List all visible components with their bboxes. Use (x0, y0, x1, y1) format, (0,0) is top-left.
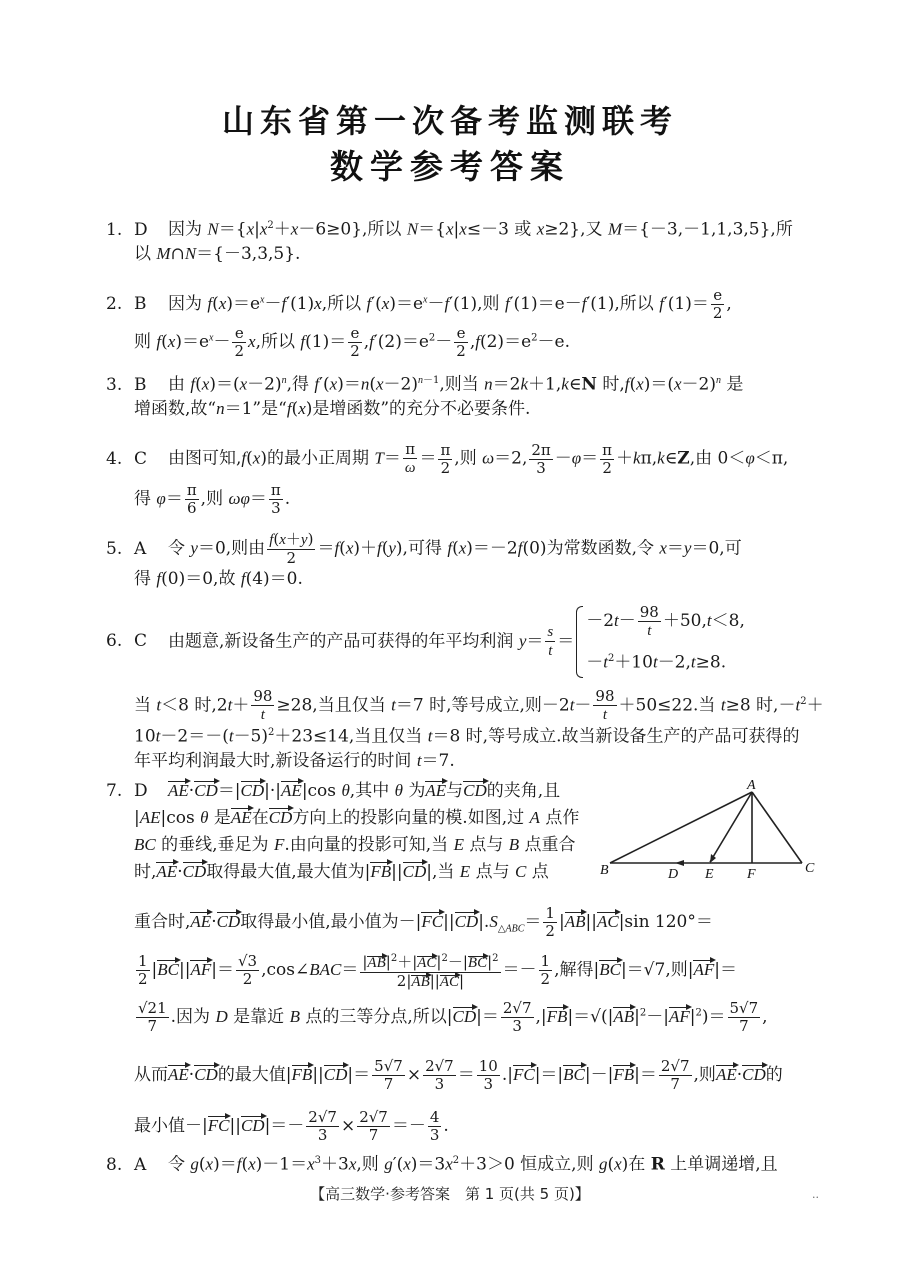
answer-7-line-1: 7.DAE·CD＝|CD|·|AE|cos θ,其中 θ 为AE与CD的夹角,且 (106, 780, 560, 802)
answer-2-line-2: 则 f(x)＝ex－e2x,所以 f(1)＝e2,f′(2)＝e2－e2,f(2… (134, 325, 570, 360)
answer-4-line-2: 得 φ＝π6,则 ωφ＝π3. (134, 482, 290, 517)
answer-choice: B (134, 374, 168, 396)
answer-7-line-5: 重合时,AE·CD取得最小值,最小值为－|FC||CD|.S△ABC＝12|AB… (134, 905, 713, 940)
answer-choice: A (134, 538, 168, 560)
answer-6-line-2: 当 t＜8 时,2t＋98t≥28,当且仅当 t＝7 时,等号成立,则－2t－9… (134, 688, 824, 724)
answer-7-line-4: 时,AE·CD取得最大值,最大值为|FB||CD|,当 E 点与 C 点 (134, 861, 549, 883)
document-subtitle: 数学参考答案 (0, 141, 900, 188)
question-number: 6. (106, 630, 134, 652)
triangle-figure: A B C D E F (600, 778, 825, 880)
question-number: 5. (106, 538, 134, 560)
question-number: 1. (106, 219, 134, 241)
arrowhead-e-icon (710, 854, 716, 863)
question-number: 2. (106, 293, 134, 315)
label-d: D (667, 867, 678, 880)
answer-choice: B (134, 293, 168, 315)
document-title: 山东省第一次备考监测联考 (0, 96, 900, 142)
answer-3-line-2: 增函数,故“n＝1”是“f(x)是增函数”的充分不必要条件. (134, 398, 530, 420)
label-b: B (600, 863, 609, 878)
answer-3-line-1: 3.B由 f(x)＝(x－2)n,得 f′(x)＝n(x－2)n－1,则当 n＝… (106, 370, 743, 396)
answer-7-line-7: √217.因为 D 是靠近 B 点的三等分点,所以|CD|＝2√73,|FB|＝… (134, 1000, 768, 1035)
answer-1-line-2: 以 M∩N＝{－3,3,5}. (134, 243, 300, 265)
answer-7-line-3: BC 的垂线,垂足为 F.由向量的投影可知,当 E 点与 B 点重合 (134, 834, 576, 856)
question-number: 3. (106, 374, 134, 396)
answer-6-line-4: 年平均利润最大时,新设备运行的时间 t＝7. (134, 750, 455, 772)
answer-choice: A (134, 1154, 168, 1176)
answer-choice: D (134, 780, 168, 802)
answer-2-line-1: 2.B因为 f(x)＝ex－f′(1)x,所以 f′(x)＝ex－f′(1),则… (106, 287, 732, 322)
answer-7-line-8: 从而AE·CD的最大值|FB||CD|＝5√77×2√73＝103.|FC|＝|… (134, 1058, 783, 1093)
footer-marks: .. (812, 1188, 819, 1201)
answer-choice: C (134, 448, 168, 470)
answer-6-line-1: 6.C由题意,新设备生产的产品可获得的年平均利润 y＝st＝－2t－98t＋50… (106, 602, 745, 682)
label-e: E (704, 867, 714, 880)
answer-7-line-2: |AE|cos θ 是AE在CD方向上的投影向量的模.如图,过 A 点作 (134, 807, 579, 829)
question-number: 4. (106, 448, 134, 470)
label-c: C (805, 861, 815, 876)
answer-5-line-1: 5.A令 y＝0,则由f(x＋y)2＝f(x)＋f(y),可得 f(x)＝－2f… (106, 531, 742, 567)
question-number: 8. (106, 1154, 134, 1176)
label-a: A (746, 778, 756, 793)
answer-choice: D (134, 219, 168, 241)
piecewise-function: －2t－98t＋50,t＜8,－t2＋10t－2,t≥8. (574, 602, 745, 682)
segment-ac (752, 792, 802, 863)
answer-6-line-3: 10t－2＝－(t－5)2＋23≤14,当且仅当 t＝8 时,等号成立.故当新设… (134, 722, 799, 748)
answer-1-line-1: 1.D因为 N＝{x|x2＋x－6≥0},所以 N＝{x|x≤－3 或 x≥2}… (106, 215, 793, 241)
answer-7-line-6: 12|BC||AF|＝√32,cos∠BAC＝|AB|2＋|AC|2－|BC|2… (134, 950, 737, 991)
answer-7-line-9: 最小值－|FC||CD|＝－2√73×2√77＝－43. (134, 1109, 449, 1144)
page-footer: 【高三数学·参考答案 第 1 页(共 5 页)】 (0, 1183, 900, 1204)
answer-4-line-1: 4.C由图可知,f(x)的最小正周期 T＝πω＝π2,则 ω＝2,2π3－φ＝π… (106, 441, 788, 477)
answer-choice: C (134, 630, 168, 652)
label-f: F (746, 867, 756, 880)
arrowhead-d-icon (675, 860, 684, 866)
answer-8-line-1: 8.A令 g(x)＝f(x)－1＝x3＋3x,则 g′(x)＝3x2＋3＞0 恒… (106, 1150, 778, 1176)
question-number: 7. (106, 780, 134, 802)
answer-5-line-2: 得 f(0)＝0,故 f(4)＝0. (134, 568, 303, 590)
